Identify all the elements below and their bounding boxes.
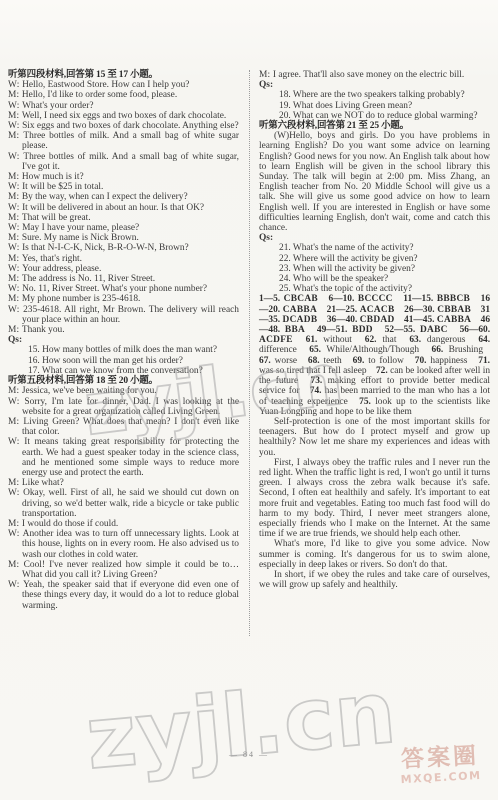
speaker-label: M: xyxy=(8,254,22,264)
dialogue-text: May I have your name, please? xyxy=(22,223,139,233)
book-page: 听第四段材料,回答第 15 至 17 小题。W: Hello, Eastwood… xyxy=(0,0,498,800)
speaker-label: W: xyxy=(8,305,23,315)
answer-value: was so tired that I fell asleep xyxy=(259,366,367,376)
speaker-label: M: xyxy=(8,274,22,284)
question-item: 23. When will the activity be given? xyxy=(259,264,490,274)
dialogue-line: M: Hello, I'd like to order some food, p… xyxy=(8,90,239,100)
speaker-label: W: xyxy=(8,182,22,192)
section-header: 听第六段材料,回答第 21 至 25 小题。 xyxy=(259,121,490,131)
watermark-bottom: zyjl.cn xyxy=(82,663,399,790)
essay-paragraph: In short, if we obey the rules and take … xyxy=(259,570,490,590)
dialogue-text: What's your order? xyxy=(22,101,93,111)
answer-number: 56—60. xyxy=(460,325,490,335)
speaker-label: M: xyxy=(8,294,22,304)
dialogue-line: W: It will be delivered in about an hour… xyxy=(8,203,239,213)
speaker-label: W: xyxy=(8,80,22,90)
dialogue-text: Like what? xyxy=(22,478,64,488)
dialogue-text: It means taking great responsibility for… xyxy=(22,437,239,478)
essay-paragraph: First, I always obey the traffic rules a… xyxy=(259,458,490,540)
speaker-label: M: xyxy=(8,213,22,223)
dialogue-text: Three bottles of milk. And a small bag o… xyxy=(22,131,239,151)
question-item: 24. Who will be the speaker? xyxy=(259,274,490,284)
answer-value: DABC xyxy=(420,325,448,335)
question-item: 16. How soon will the man get his order? xyxy=(8,356,239,366)
monologue-paragraph: (W)Hello, boys and girls. Do you have pr… xyxy=(259,131,490,233)
dialogue-line: M: How much is it? xyxy=(8,172,239,182)
dialogue-text: I would do those if could. xyxy=(22,519,118,529)
answer-number: 69. xyxy=(353,356,369,366)
dialogue-line: M: Living Green? What does that mean? I … xyxy=(8,417,239,437)
speaker-label: M: xyxy=(8,560,24,570)
dialogue-line: W: It will be $25 in total. xyxy=(8,182,239,192)
dialogue-text: Is that N-I-C-K, Nick, B-R-O-W-N, Brown? xyxy=(22,243,189,253)
dialogue-text: My phone number is 235-4618. xyxy=(22,294,140,304)
dialogue-line: W: Yeah, the speaker said that if everyo… xyxy=(8,580,239,611)
speaker-label: M: xyxy=(8,172,22,182)
answer-value: BBBCB xyxy=(437,294,470,304)
dialogue-text: Well, I need six eggs and two boxes of d… xyxy=(22,111,226,121)
answer-number: 73. xyxy=(311,376,328,386)
answer-value: teeth xyxy=(324,356,342,366)
answer-item: 26—30. CBBAB xyxy=(404,305,471,315)
dialogue-line: M: I agree. That'll also save money on t… xyxy=(259,70,490,80)
speaker-label: M: xyxy=(8,519,22,529)
dialogue-text: It will be delivered in about an hour. I… xyxy=(22,203,204,213)
question-item: 22. Where will the activity be given? xyxy=(259,254,490,264)
answer-number: 74. xyxy=(310,386,325,396)
right-column: M: I agree. That'll also save money on t… xyxy=(259,70,490,611)
answer-item: 41—45. CABBA xyxy=(404,315,471,325)
question-item: 20. What can we NOT do to reduce global … xyxy=(259,111,490,121)
dialogue-line: W: Three bottles of milk. And a small ba… xyxy=(8,152,239,172)
dialogue-text: Six eggs and two boxes of dark chocolate… xyxy=(22,121,239,131)
essay-paragraph: Self-protection is one of the most impor… xyxy=(259,417,490,458)
speaker-label: M: xyxy=(8,233,22,243)
speaker-label: W: xyxy=(8,223,22,233)
dialogue-text: Yeah, the speaker said that if everyone … xyxy=(22,580,239,610)
answer-item: 69. to follow xyxy=(353,356,404,366)
dialogue-line: W: It means taking great responsibility … xyxy=(8,437,239,478)
speaker-label: W: xyxy=(8,203,22,213)
dialogue-text: Yes, that's right. xyxy=(22,254,82,264)
answer-value: ACACB xyxy=(360,305,395,315)
answer-value: BBA xyxy=(285,325,305,335)
dialogue-line: W: No. 11, River Street. What's your pho… xyxy=(8,284,239,294)
speaker-label: M: xyxy=(8,478,22,488)
answer-value: BDD xyxy=(352,325,373,335)
answer-value: CBBAB xyxy=(437,305,471,315)
dialogue-text: How much is it? xyxy=(22,172,84,182)
question-item: 21. What's the name of the activity? xyxy=(259,243,490,253)
dialogue-line: M: The address is No. 11, River Street. xyxy=(8,274,239,284)
question-item: 17. What can we know from the conversati… xyxy=(8,366,239,376)
speaker-label: W: xyxy=(8,488,23,498)
dialogue-line: M: Well, I need six eggs and two boxes o… xyxy=(8,111,239,121)
answer-number: 26—30. xyxy=(404,305,437,315)
answer-value: CABBA xyxy=(437,315,471,325)
two-column-text: 听第四段材料,回答第 15 至 17 小题。W: Hello, Eastwood… xyxy=(8,70,490,611)
speaker-label: W: xyxy=(8,437,24,447)
answer-item: 11—15. BBBCB xyxy=(403,294,470,304)
dialogue-line: M: Jessica, we've been waiting for you. xyxy=(8,386,239,396)
answer-number: 1—5. xyxy=(259,294,284,304)
dialogue-text: Another idea was to turn off unnecessary… xyxy=(22,529,239,559)
answer-number: 36—40. xyxy=(327,315,360,325)
stamp-site-text: MXQE.COM xyxy=(400,769,481,786)
dialogue-text: 235-4618. All right, Mr Brown. The deliv… xyxy=(22,305,239,325)
section-header: 听第四段材料,回答第 15 至 17 小题。 xyxy=(8,70,239,80)
answer-number: 21—25. xyxy=(327,305,360,315)
answer-stamp: 答案圈 MXQE.COM xyxy=(399,744,482,786)
speaker-label: W: xyxy=(8,121,22,131)
answer-number: 72. xyxy=(376,366,390,376)
answer-value: BCCCC xyxy=(358,294,393,304)
answer-number: 68. xyxy=(308,356,324,366)
dialogue-text: It will be $25 in total. xyxy=(22,182,103,192)
answer-number: 49—51. xyxy=(317,325,352,335)
answer-number: 52—55. xyxy=(385,325,420,335)
answer-item: 70. happiness xyxy=(415,356,468,366)
answer-item: 36—40. CBDAD xyxy=(327,315,395,325)
dialogue-line: M: My phone number is 235-4618. xyxy=(8,294,239,304)
dialogue-line: M: Thank you. xyxy=(8,325,239,335)
answer-number: 6—10. xyxy=(329,294,358,304)
questions-label: Qs: xyxy=(8,335,239,345)
answer-item: 67. worse xyxy=(259,356,297,366)
answer-key: 1—5. CBCAB 6—10. BCCCC 11—15. BBBCB 16—2… xyxy=(259,294,490,416)
answer-number: 70. xyxy=(415,356,431,366)
section-header: 听第五段材料,回答第 18 至 20 小题。 xyxy=(8,376,239,386)
answer-value: dangerous xyxy=(427,335,466,345)
answer-item: 63. dangerous xyxy=(409,335,465,345)
answer-item: 21—25. ACACB xyxy=(327,305,395,315)
answer-number: 61. xyxy=(306,335,324,345)
question-item: 18. Where are the two speakers talking p… xyxy=(259,90,490,100)
answer-value: DCADB xyxy=(283,315,318,325)
dialogue-line: M: Sure. My name is Nick Brown. xyxy=(8,233,239,243)
dialogue-text: Sorry, I'm late for dinner, Dad. I was l… xyxy=(22,397,239,417)
speaker-label: W: xyxy=(8,101,22,111)
dialogue-text: Jessica, we've been waiting for you. xyxy=(22,386,157,396)
speaker-label: M: xyxy=(8,111,22,121)
answer-number: 64. xyxy=(478,335,490,345)
answer-value: CBCAB xyxy=(284,294,318,304)
speaker-label: M: xyxy=(8,192,22,202)
dialogue-line: W: Your address, please. xyxy=(8,264,239,274)
speaker-label: W: xyxy=(8,152,23,162)
question-item: 19. What does Living Green mean? xyxy=(259,101,490,111)
speaker-label: W: xyxy=(8,397,24,407)
speaker-label: M: xyxy=(8,417,23,427)
dialogue-text: Thank you. xyxy=(22,325,65,335)
dialogue-line: M: Cool! I've never realized how simple … xyxy=(8,560,239,580)
dialogue-line: M: By the way, when can I expect the del… xyxy=(8,192,239,202)
answer-value: difference xyxy=(259,345,297,355)
questions-label: Qs: xyxy=(259,233,490,243)
answer-item: 1—5. CBCAB xyxy=(259,294,318,304)
dialogue-line: M: Like what? xyxy=(8,478,239,488)
speaker-label: M: xyxy=(8,131,23,141)
dialogue-text: Hello, Eastwood Store. How can I help yo… xyxy=(22,80,189,90)
answer-number: 71. xyxy=(478,356,490,366)
answer-number: 41—45. xyxy=(404,315,437,325)
answer-number: 63. xyxy=(409,335,427,345)
speaker-label: M: xyxy=(259,70,273,80)
answer-value: worse xyxy=(275,356,297,366)
answer-number: 62. xyxy=(365,335,383,345)
dialogue-text: Cool! I've never realized how simple it … xyxy=(22,560,239,580)
dialogue-text: No. 11, River Street. What's your phone … xyxy=(22,284,207,294)
answer-item: 62. that xyxy=(365,335,397,345)
dialogue-line: W: Okay, well. First of all, he said we … xyxy=(8,488,239,519)
question-item: 25. What's the topic of the activity? xyxy=(259,284,490,294)
answer-value: that xyxy=(382,335,396,345)
answer-value: CBDAD xyxy=(360,315,395,325)
dialogue-line: M: Three bottles of milk. And a small ba… xyxy=(8,131,239,151)
dialogue-line: W: What's your order? xyxy=(8,101,239,111)
answer-value: Brushing xyxy=(449,345,483,355)
answer-item: 68. teeth xyxy=(308,356,342,366)
answer-value: to follow xyxy=(368,356,404,366)
answer-value: CABBA xyxy=(283,305,317,315)
answer-value: ACDFE xyxy=(259,335,293,345)
dialogue-text: Living Green? What does that mean? I don… xyxy=(22,417,239,437)
question-item: 15. How many bottles of milk does the ma… xyxy=(8,345,239,355)
dialogue-text: I agree. That'll also save money on the … xyxy=(273,70,464,80)
answer-value: happiness xyxy=(430,356,467,366)
dialogue-line: W: 235-4618. All right, Mr Brown. The de… xyxy=(8,305,239,325)
answer-item: 49—51. BDD xyxy=(317,325,373,335)
dialogue-line: W: Sorry, I'm late for dinner, Dad. I wa… xyxy=(8,397,239,417)
dialogue-text: Three bottles of milk. And a small bag o… xyxy=(22,152,239,172)
answer-number: 66. xyxy=(432,345,449,355)
answer-number: 67. xyxy=(259,356,275,366)
speaker-label: W: xyxy=(8,580,23,590)
answer-number: 65. xyxy=(309,345,326,355)
answer-number: 11—15. xyxy=(403,294,437,304)
answer-item: 66. Brushing xyxy=(432,345,484,355)
dialogue-line: M: I would do those if could. xyxy=(8,519,239,529)
answer-value: While/Although/Though xyxy=(326,345,419,355)
speaker-label: M: xyxy=(8,386,22,396)
speaker-label: M: xyxy=(8,325,22,335)
dialogue-line: W: May I have your name, please? xyxy=(8,223,239,233)
essay-paragraph: What's more, I'd like to give you some a… xyxy=(259,539,490,570)
dialogue-text: Hello, I'd like to order some food, plea… xyxy=(22,90,177,100)
dialogue-line: M: That will be great. xyxy=(8,213,239,223)
dialogue-text: By the way, when can I expect the delive… xyxy=(22,192,188,202)
dialogue-line: W: Is that N-I-C-K, Nick, B-R-O-W-N, Bro… xyxy=(8,243,239,253)
dialogue-text: Okay, well. First of all, he said we sho… xyxy=(22,488,239,518)
questions-label: Qs: xyxy=(259,80,490,90)
speaker-label: M: xyxy=(8,90,22,100)
speaker-label: W: xyxy=(8,529,23,539)
dialogue-text: Your address, please. xyxy=(22,264,101,274)
left-column: 听第四段材料,回答第 15 至 17 小题。W: Hello, Eastwood… xyxy=(8,70,239,611)
answer-value: without xyxy=(323,335,352,345)
speaker-label: W: xyxy=(8,284,22,294)
dialogue-line: W: Another idea was to turn off unnecess… xyxy=(8,529,239,560)
dialogue-line: W: Six eggs and two boxes of dark chocol… xyxy=(8,121,239,131)
speaker-label: W: xyxy=(8,264,22,274)
dialogue-text: The address is No. 11, River Street. xyxy=(22,274,155,284)
speaker-label: W: xyxy=(8,243,22,253)
dialogue-line: M: Yes, that's right. xyxy=(8,254,239,264)
dialogue-text: That will be great. xyxy=(22,213,91,223)
dialogue-text: Sure. My name is Nick Brown. xyxy=(22,233,139,243)
answer-number: 75. xyxy=(359,397,375,407)
dialogue-line: W: Hello, Eastwood Store. How can I help… xyxy=(8,80,239,90)
answer-item: 6—10. BCCCC xyxy=(329,294,393,304)
answer-item: 52—55. DABC xyxy=(385,325,448,335)
answer-item: 61. without xyxy=(306,335,352,345)
answer-item: 65. While/Although/Though xyxy=(309,345,419,355)
